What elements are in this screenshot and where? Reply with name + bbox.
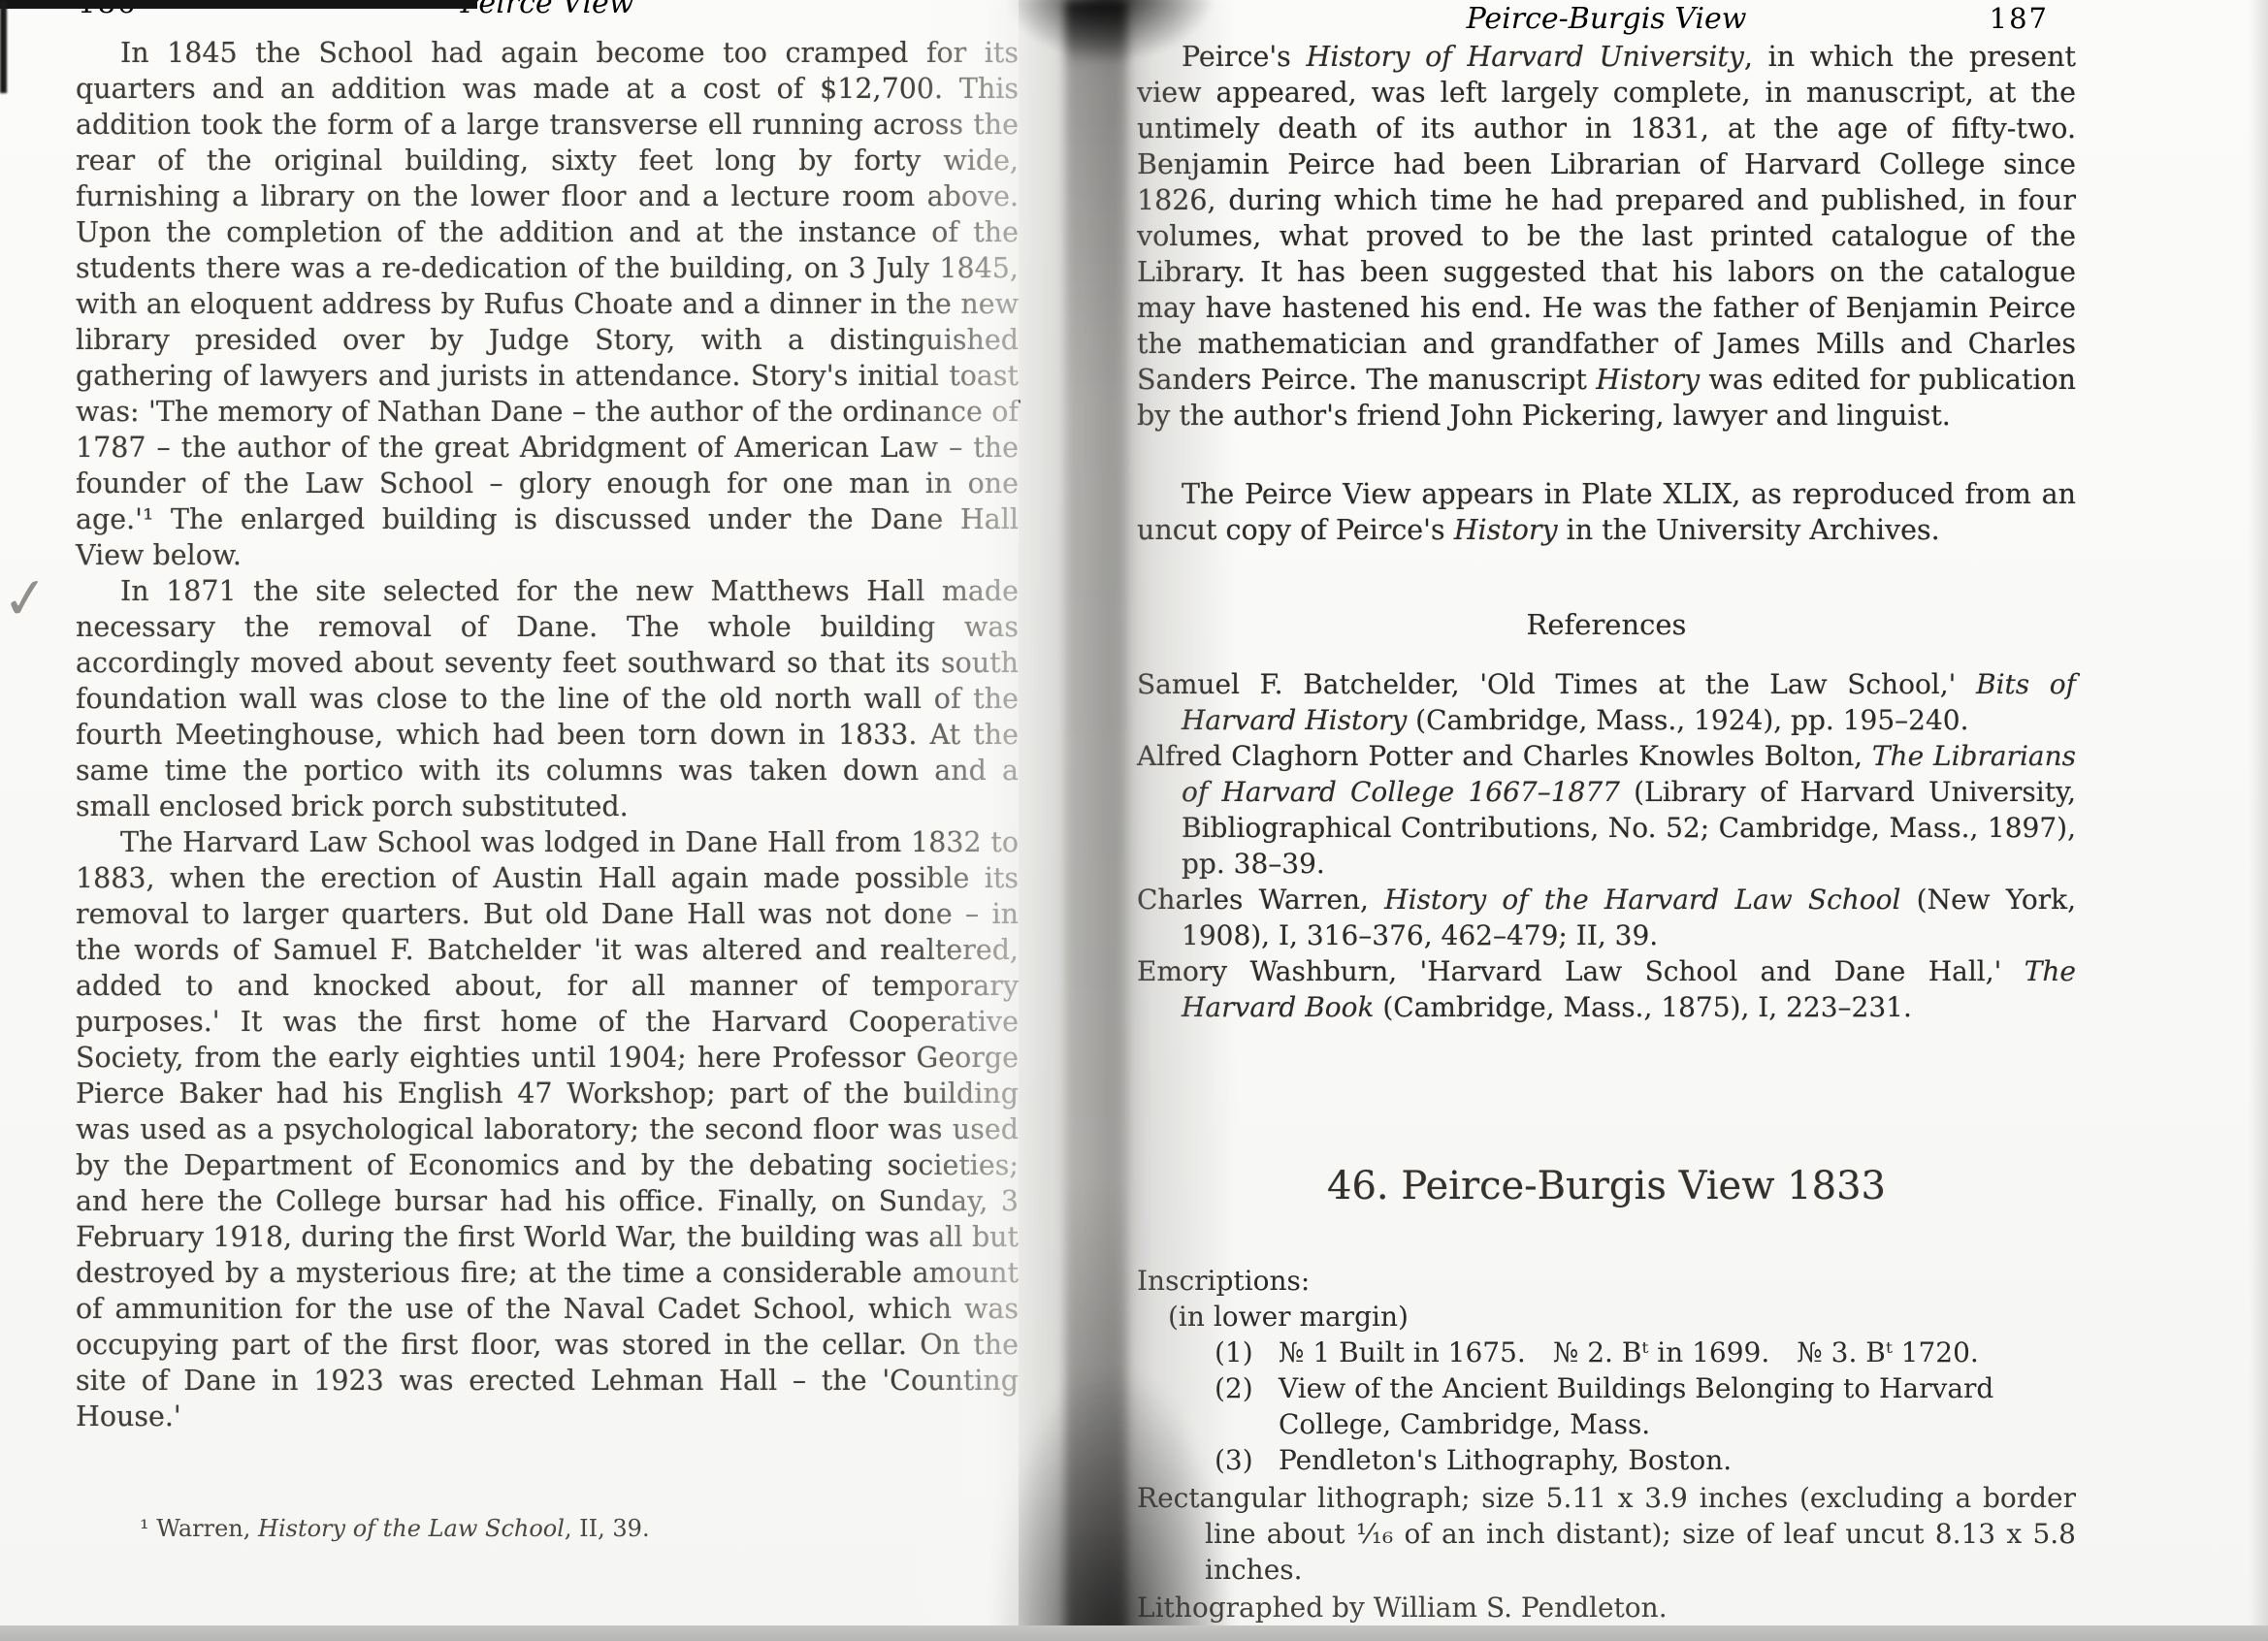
page-187: Peirce's History of Harvard University, … <box>1137 39 2076 1625</box>
scan-edge-top <box>0 0 477 9</box>
references-heading: References <box>1137 608 2076 641</box>
paragraph: Peirce's History of Harvard University, … <box>1137 39 2076 434</box>
reference-item: Charles Warren, History of the Harvard L… <box>1137 882 2076 953</box>
inscription-item: (1) № 1 Built in 1675. № 2. Bᵗ in 1699. … <box>1215 1335 2076 1370</box>
inscription-number: (3) <box>1215 1442 1279 1478</box>
right-page-number: 187 <box>1990 2 2049 35</box>
scan-edge-left <box>0 0 7 93</box>
scan-edge-right <box>2249 0 2268 1641</box>
right-page-header: Peirce-Burgis View 187 <box>1137 2 2076 36</box>
right-running-head: Peirce-Burgis View <box>1137 2 2076 36</box>
reference-item: Alfred Claghorn Potter and Charles Knowl… <box>1137 738 2076 882</box>
paragraph: In 1845 the School had again become too … <box>76 35 1019 573</box>
inscriptions-list: (1) № 1 Built in 1675. № 2. Bᵗ in 1699. … <box>1215 1335 2076 1478</box>
physical-description: Rectangular lithograph; size 5.11 x 3.9 … <box>1137 1480 2076 1588</box>
page-186: In 1845 the School had again become too … <box>76 35 1019 1544</box>
footnote: ¹ Warren, History of the Law School, II,… <box>76 1514 1019 1544</box>
inscription-text: Pendleton's Lithography, Boston. <box>1279 1442 2076 1478</box>
inscription-text: № 1 Built in 1675. № 2. Bᵗ in 1699. № 3.… <box>1279 1335 2076 1370</box>
reference-item: Samuel F. Batchelder, 'Old Times at the … <box>1137 666 2076 738</box>
section-heading: 46. Peirce-Burgis View 1833 <box>1137 1164 2076 1208</box>
references-list: Samuel F. Batchelder, 'Old Times at the … <box>1137 666 2076 1025</box>
paragraph: In 1871 the site selected for the new Ma… <box>76 573 1019 824</box>
inscription-item: (2) View of the Ancient Buildings Belong… <box>1215 1370 2076 1442</box>
margin-checkmark: ✓ <box>0 563 52 634</box>
inscriptions-sublabel: (in lower margin) <box>1168 1299 2076 1335</box>
paragraph: The Harvard Law School was lodged in Dan… <box>76 824 1019 1434</box>
book-scan: 186 Peirce View Peirce-Burgis View 187 I… <box>0 0 2268 1641</box>
scanner-bottom-band <box>0 1625 2268 1641</box>
inscription-text: View of the Ancient Buildings Belonging … <box>1279 1370 2076 1442</box>
lithographer-line: Lithographed by William S. Pendleton. <box>1137 1590 2076 1625</box>
inscription-number: (2) <box>1215 1370 1279 1442</box>
reference-item: Emory Washburn, 'Harvard Law School and … <box>1137 953 2076 1025</box>
inscription-number: (1) <box>1215 1335 1279 1370</box>
inscriptions-label: Inscriptions: <box>1137 1263 2076 1299</box>
paragraph: The Peirce View appears in Plate XLIX, a… <box>1137 476 2076 548</box>
gutter-shadow-core <box>1065 0 1127 1641</box>
inscription-item: (3) Pendleton's Lithography, Boston. <box>1215 1442 2076 1478</box>
